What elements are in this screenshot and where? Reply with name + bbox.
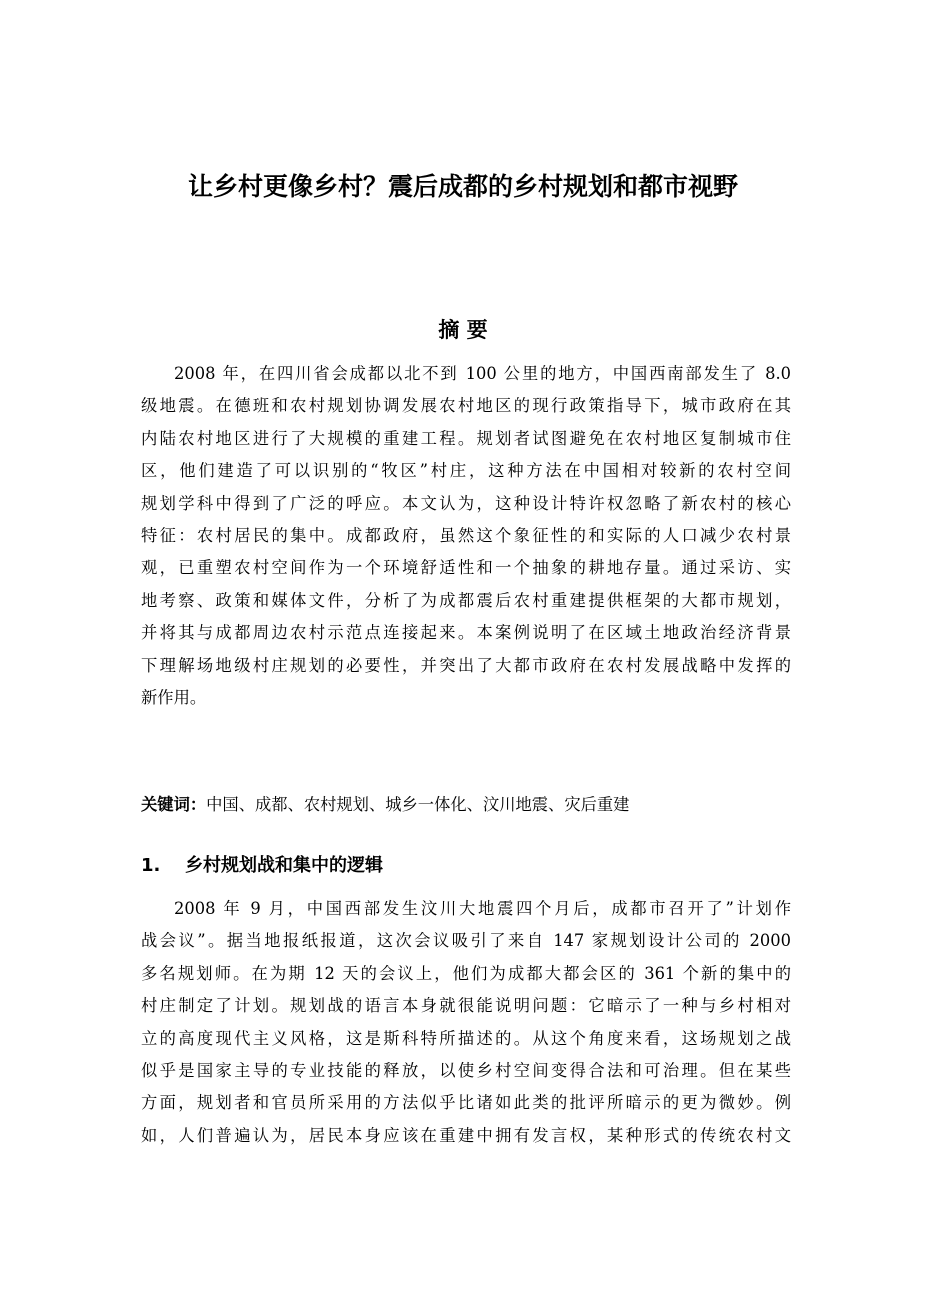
abstract-line: 观，已重塑农村空间作为一个环境舒适性和一个抽象的耕地存量。通过采访、实 <box>141 552 791 584</box>
abstract-heading: 摘 要 <box>0 315 926 345</box>
abstract-line: 地考察、政策和媒体文件，分析了为成都震后农村重建提供框架的大都市规划， <box>141 585 791 617</box>
body-line: 立的高度现代主义风格，这是斯科特所描述的。从这个角度来看，这场规划之战 <box>141 1023 791 1055</box>
body-line: 多名规划师。在为期 12 天的会议上，他们为成都大都会区的 361 个新的集中的 <box>141 958 791 990</box>
abstract-line: 内陆农村地区进行了大规模的重建工程。规划者试图避免在农村地区复制城市住 <box>141 423 791 455</box>
abstract-line: 新作用。 <box>141 682 791 714</box>
keywords-text: 中国、成都、农村规划、城乡一体化、汶川地震、灾后重建 <box>206 795 629 814</box>
abstract-line: 特征：农村居民的集中。成都政府，虽然这个象征性的和实际的人口减少农村景 <box>141 520 791 552</box>
keywords: 关键词：中国、成都、农村规划、城乡一体化、汶川地震、灾后重建 <box>141 789 629 821</box>
section-title: 乡村规划战和集中的逻辑 <box>185 855 383 876</box>
abstract-line: 下理解场地级村庄规划的必要性，并突出了大都市政府在农村发展战略中发挥的 <box>141 650 791 682</box>
document-page: 让乡村更像乡村？震后成都的乡村规划和都市视野 摘 要 2008 年，在四川省会成… <box>0 0 926 1309</box>
body-paragraph: 2008 年 9 月，中国西部发生汶川大地震四个月后，成都市召开了”计划作 战会… <box>141 893 791 1152</box>
document-title: 让乡村更像乡村？震后成都的乡村规划和都市视野 <box>0 170 926 204</box>
abstract-paragraph: 2008 年，在四川省会成都以北不到 100 公里的地方，中国西南部发生了 8.… <box>141 358 791 714</box>
body-line: 战会议”。据当地报纸报道，这次会议吸引了来自 147 家规划设计公司的 2000 <box>141 925 791 957</box>
section-heading: 1.乡村规划战和集中的逻辑 <box>141 851 383 881</box>
body-line: 如，人们普遍认为，居民本身应该在重建中拥有发言权，某种形式的传统农村文 <box>141 1120 791 1152</box>
body-line: 似乎是国家主导的专业技能的释放，以使乡村空间变得合法和可治理。但在某些 <box>141 1055 791 1087</box>
body-line: 方面，规划者和官员所采用的方法似乎比诸如此类的批评所暗示的更为微妙。例 <box>141 1087 791 1119</box>
abstract-line: 2008 年，在四川省会成都以北不到 100 公里的地方，中国西南部发生了 8.… <box>141 358 791 390</box>
abstract-line: 级地震。在德班和农村规划协调发展农村地区的现行政策指导下，城市政府在其 <box>141 390 791 422</box>
abstract-line: 并将其与成都周边农村示范点连接起来。本案例说明了在区域土地政治经济背景 <box>141 617 791 649</box>
section-number: 1. <box>141 851 185 881</box>
keywords-label: 关键词： <box>141 795 206 814</box>
abstract-line: 规划学科中得到了广泛的呼应。本文认为，这种设计特许权忽略了新农村的核心 <box>141 488 791 520</box>
body-line: 村庄制定了计划。规划战的语言本身就很能说明问题：它暗示了一种与乡村相对 <box>141 990 791 1022</box>
abstract-line: 区，他们建造了可以识别的“牧区”村庄，这种方法在中国相对较新的农村空间 <box>141 455 791 487</box>
body-line: 2008 年 9 月，中国西部发生汶川大地震四个月后，成都市召开了”计划作 <box>141 893 791 925</box>
